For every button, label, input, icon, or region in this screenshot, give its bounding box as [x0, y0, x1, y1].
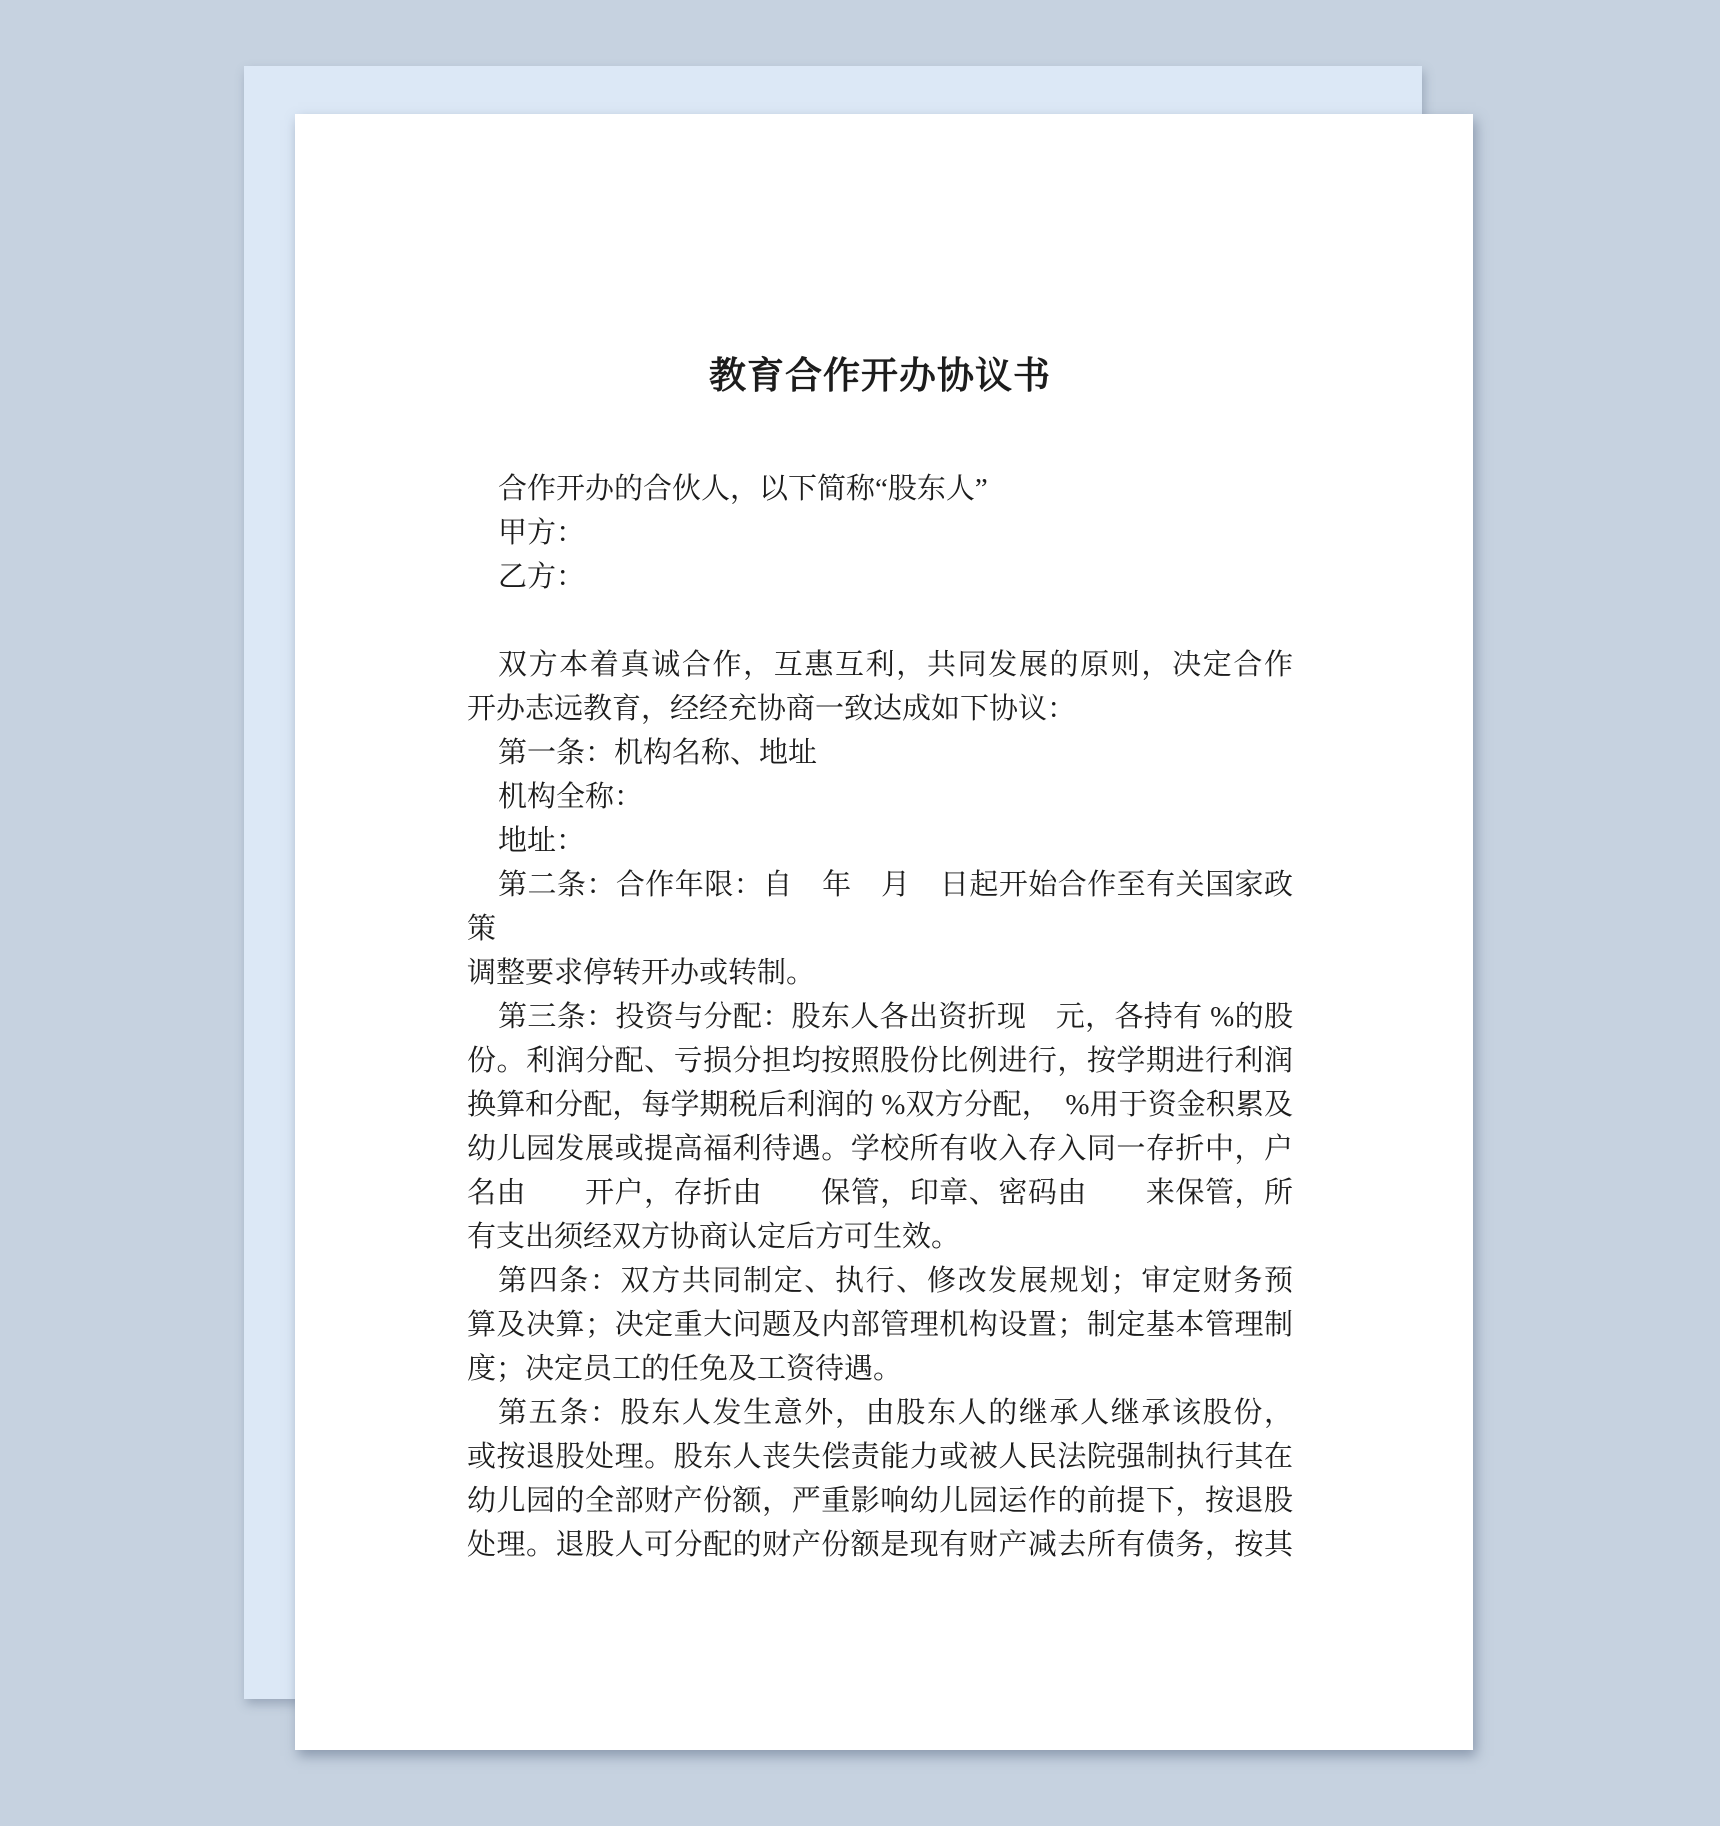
text-line: 第五条：股东人发生意外，由股东人的继承人继承该股份， [467, 1391, 1293, 1435]
text-line: 换算和分配，每学期税后利润的 %双方分配， %用于资金积累及 [467, 1083, 1293, 1127]
text-line: 有支出须经双方协商认定后方可生效。 [467, 1215, 1293, 1259]
text-line: 算及决算；决定重大问题及内部管理机构设置；制定基本管理制 [467, 1303, 1293, 1347]
text-line: 开办志远教育，经经充协商一致达成如下协议： [467, 687, 1293, 731]
document-page: 教育合作开办协议书 合作开办的合伙人，以下简称“股东人”甲方：乙方：双方本着真诚… [295, 114, 1473, 1750]
text-line: 甲方： [467, 511, 1293, 555]
text-line: 或按退股处理。股东人丧失偿责能力或被人民法院强制执行其在 [467, 1435, 1293, 1479]
text-line: 调整要求停转开办或转制。 [467, 951, 1293, 995]
text-line: 乙方： [467, 555, 1293, 599]
text-line: 机构全称： [467, 775, 1293, 819]
text-line: 幼儿园的全部财产份额，严重影响幼儿园运作的前提下，按退股 [467, 1479, 1293, 1523]
text-line: 合作开办的合伙人，以下简称“股东人” [467, 467, 1293, 511]
text-line: 地址： [467, 819, 1293, 863]
text-line: 名由 开户，存折由 保管，印章、密码由 来保管，所 [467, 1171, 1293, 1215]
text-line: 双方本着真诚合作，互惠互利，共同发展的原则，决定合作 [467, 643, 1293, 687]
text-line: 第一条：机构名称、地址 [467, 731, 1293, 775]
desktop-background: { "colors": { "background": "#c6d2e0", "… [0, 0, 1720, 1826]
document-body: 合作开办的合伙人，以下简称“股东人”甲方：乙方：双方本着真诚合作，互惠互利，共同… [467, 467, 1293, 1567]
text-line: 第二条：合作年限：自 年 月 日起开始合作至有关国家政策 [467, 863, 1293, 951]
document-title: 教育合作开办协议书 [467, 356, 1293, 397]
text-line: 份。利润分配、亏损分担均按照股份比例进行，按学期进行利润 [467, 1039, 1293, 1083]
blank-line [467, 599, 1293, 643]
text-line: 幼儿园发展或提高福利待遇。学校所有收入存入同一存折中，户 [467, 1127, 1293, 1171]
text-line: 度；决定员工的任免及工资待遇。 [467, 1347, 1293, 1391]
text-line: 第三条：投资与分配：股东人各出资折现 元，各持有 %的股 [467, 995, 1293, 1039]
text-line: 第四条：双方共同制定、执行、修改发展规划；审定财务预 [467, 1259, 1293, 1303]
text-line: 处理。退股人可分配的财产份额是现有财产减去所有债务，按其 [467, 1523, 1293, 1567]
